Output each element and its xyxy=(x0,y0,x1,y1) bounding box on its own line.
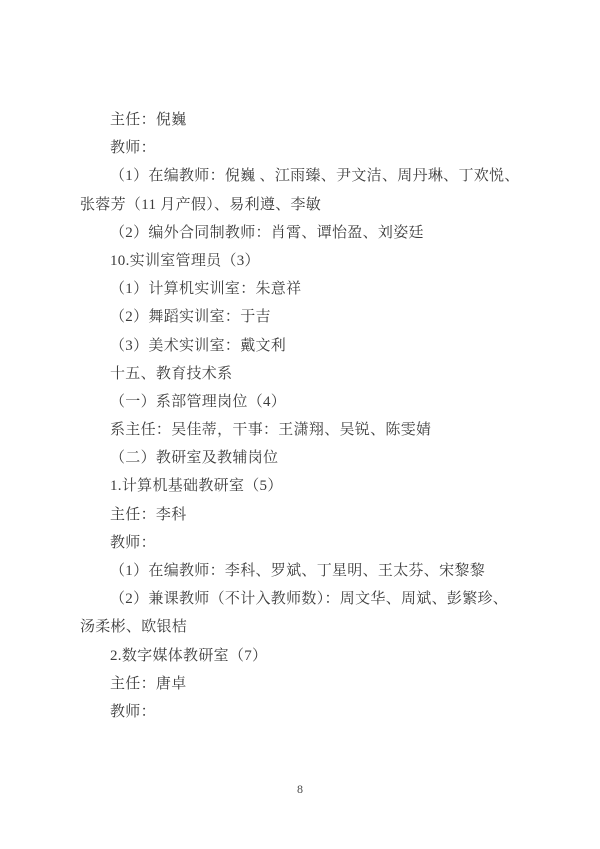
document-line: 主任：唐卓 xyxy=(80,670,528,698)
document-line: （3）美术实训室：戴文利 xyxy=(80,332,528,360)
document-line: 2.数字媒体教研室（7） xyxy=(80,642,528,670)
document-line: 张蓉芳（11 月产假）、易利遵、李敏 xyxy=(80,191,528,219)
document-line: （一）系部管理岗位（4） xyxy=(80,388,528,416)
document-line: （2）编外合同制教师：肖霄、谭怡盈、刘姿廷 xyxy=(80,219,528,247)
document-line: （2）兼课教师（不计入教师数）：周文华、周斌、彭繁珍、 xyxy=(80,585,528,613)
document-line: （2）舞蹈实训室：于吉 xyxy=(80,303,528,331)
document-line: 主任：倪巍 xyxy=(80,106,528,134)
document-line: 汤柔彬、欧银桔 xyxy=(80,613,528,641)
document-line: 教师： xyxy=(80,529,528,557)
document-line: 教师： xyxy=(80,134,528,162)
document-line: 主任：李科 xyxy=(80,501,528,529)
document-line: （二）教研室及教辅岗位 xyxy=(80,444,528,472)
document-line: （1）在编教师：倪巍 、江雨臻、尹文洁、周丹琳、丁欢悦、 xyxy=(80,162,528,190)
document-line: 十五、教育技术系 xyxy=(80,360,528,388)
document-line: 系主任：吴佳蒂，干事：王潇翔、吴锐、陈雯婧 xyxy=(80,416,528,444)
document-line: 1.计算机基础教研室（5） xyxy=(80,472,528,500)
document-line: （1）计算机实训室：朱意祥 xyxy=(80,275,528,303)
document-page: 主任：倪巍教师：（1）在编教师：倪巍 、江雨臻、尹文洁、周丹琳、丁欢悦、张蓉芳（… xyxy=(0,0,600,849)
document-line: （1）在编教师：李科、罗斌、丁星明、王太芬、宋黎黎 xyxy=(80,557,528,585)
page-number: 8 xyxy=(0,782,600,797)
document-body: 主任：倪巍教师：（1）在编教师：倪巍 、江雨臻、尹文洁、周丹琳、丁欢悦、张蓉芳（… xyxy=(80,106,528,726)
document-line: 教师： xyxy=(80,698,528,726)
document-line: 10.实训室管理员（3） xyxy=(80,247,528,275)
